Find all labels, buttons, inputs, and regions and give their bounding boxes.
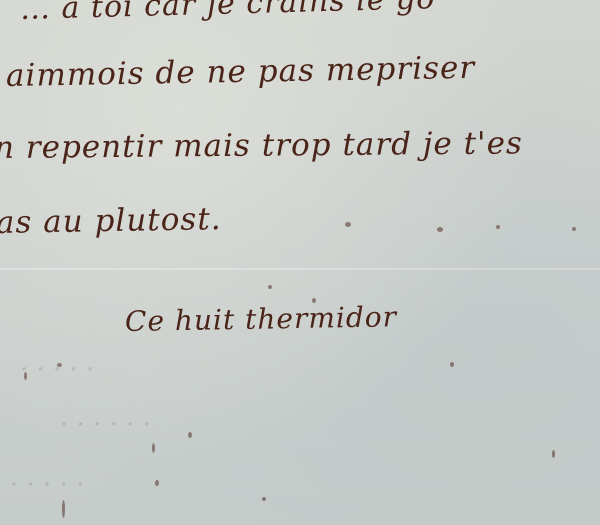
ink-speck: [188, 432, 192, 438]
ink-speck: [450, 362, 454, 367]
ink-speck: [572, 227, 576, 231]
ink-speck: [57, 363, 62, 367]
ink-speck: [24, 372, 27, 380]
ink-speck: [552, 450, 555, 458]
paper-fold: [0, 268, 600, 270]
handwritten-line-1: … a toi car je crains le go: [20, 0, 436, 27]
ink-speck: [496, 225, 500, 229]
manuscript-page: · · · · · · · · · · · · · · · · … a toi …: [0, 0, 600, 525]
ink-speck: [345, 222, 351, 227]
handwritten-line-3: n repentir mais trop tard je t'es: [0, 125, 523, 166]
ink-speck: [268, 285, 272, 289]
ink-speck: [312, 298, 316, 303]
bleed-through-text: · · · · ·: [10, 470, 84, 500]
handwritten-line-2: aimmois de ne pas mepriser: [6, 50, 476, 94]
ink-speck: [152, 443, 155, 453]
ink-speck: [262, 497, 266, 501]
ink-speck: [155, 480, 159, 486]
bleed-through-text: · · · · ·: [20, 355, 94, 385]
handwritten-line-4: as au plutost.: [0, 201, 222, 241]
ink-speck: [62, 500, 65, 518]
date-signature-line: Ce huit thermidor: [125, 300, 398, 338]
bleed-through-text: · · · · · ·: [60, 410, 151, 440]
ink-speck: [437, 227, 443, 232]
